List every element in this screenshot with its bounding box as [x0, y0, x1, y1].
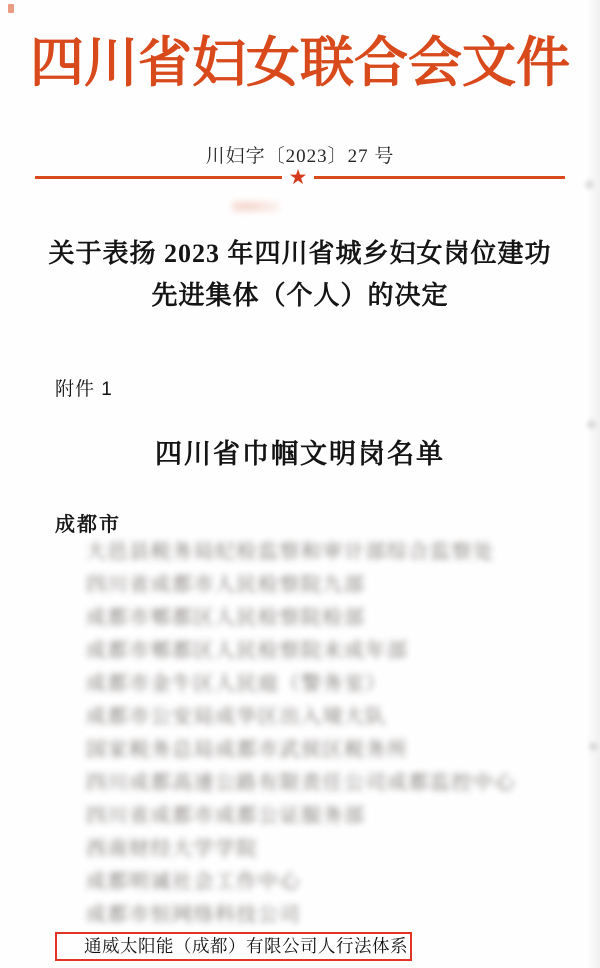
highlighted-company-name: 通威太阳能（成都）有限公司人行法体系 — [84, 934, 408, 958]
document-page: 四川省妇女联合会文件 川妇字〔2023〕27 号 ★ 关于表扬 2023 年四川… — [0, 0, 600, 968]
divider-line-right — [314, 176, 565, 179]
redacted-list-item: 大邑县税务局纪检监察和审计部综合监察处 — [86, 536, 556, 569]
redacted-list-item: 四川成都高速公路有限责任公司成都监控中心 — [86, 767, 556, 800]
redacted-list-item: 四川省成都市人民检察院九部 — [86, 569, 556, 602]
redacted-list-item: 成都明诚社会工作中心 — [86, 866, 556, 899]
scan-artifact-red-speck — [8, 4, 14, 13]
document-number: 川妇字〔2023〕27 号 — [0, 141, 600, 168]
faded-red-stamp-residue — [232, 200, 280, 213]
red-highlight-box: 通威太阳能（成都）有限公司人行法体系 — [55, 932, 412, 961]
redacted-award-list: 大邑县税务局纪检监察和审计部综合监察处 四川省成都市人民检察院九部 成都市郫都区… — [86, 536, 556, 932]
letterhead-title: 四川省妇女联合会文件 — [0, 24, 600, 102]
list-section-title: 四川省巾帼文明岗名单 — [0, 432, 600, 471]
redacted-list-item: 成都市郫都区人民检察院检部 — [86, 602, 556, 635]
redacted-list-item: 四川省成都市成都公证服务部 — [86, 800, 556, 833]
scan-artifact-gray — [587, 420, 596, 429]
star-icon: ★ — [284, 165, 312, 189]
redacted-list-item: 成都市公安局成华区出入境大队 — [86, 701, 556, 734]
document-title-line1: 关于表扬 2023 年四川省城乡妇女岗位建功 — [0, 233, 600, 275]
redacted-list-item: 成都市金牛区人民庭（警务室） — [86, 668, 556, 701]
redacted-list-item: 成都市恒网络科技公司 — [86, 899, 556, 932]
document-title-line2: 先进集体（个人）的决定 — [0, 275, 600, 317]
divider-line-left — [35, 176, 282, 179]
scan-artifact-gray — [589, 742, 598, 751]
redacted-list-item: 国家税务总局成都市武侯区税务所 — [86, 734, 556, 767]
red-divider-rule: ★ — [0, 165, 600, 189]
document-title: 关于表扬 2023 年四川省城乡妇女岗位建功 先进集体（个人）的决定 — [0, 233, 600, 317]
redacted-list-item: 西南财经大学学院 — [86, 833, 556, 866]
redacted-list-item: 成都市郫都区人民检察院未成年部 — [86, 635, 556, 668]
attachment-label: 附件 1 — [55, 374, 113, 401]
city-heading: 成都市 — [55, 508, 121, 537]
